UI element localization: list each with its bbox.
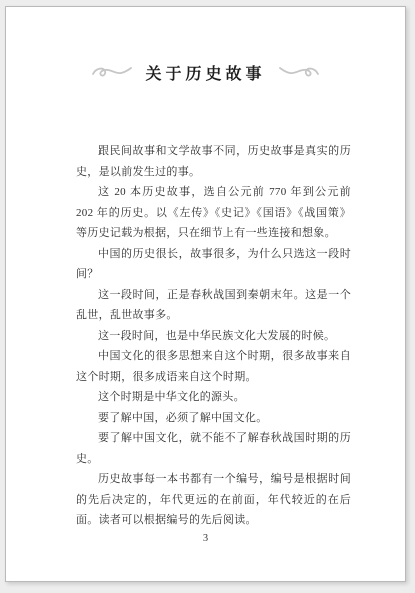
paragraph: 这一段时间，也是中华民族文化大发展的时候。 <box>76 326 351 347</box>
book-page: 关于历史故事 跟民间故事和文学故事不同，历史故事是真实的历史，是以前发生过的事。… <box>5 6 406 582</box>
page-number: 3 <box>6 533 405 544</box>
paragraph: 这 20 本历史故事，选自公元前 770 年到公元前 202 年的历史。以《左传… <box>76 182 351 244</box>
paragraph: 这一段时间，正是春秋战国到秦朝末年。这是一个乱世，乱世故事多。 <box>76 285 351 326</box>
page-body: 跟民间故事和文学故事不同，历史故事是真实的历史，是以前发生过的事。 这 20 本… <box>76 141 351 531</box>
paragraph: 要了解中国文化，就不能不了解春秋战国时期的历史。 <box>76 428 351 469</box>
paragraph: 中国的历史很长，故事很多，为什么只选这一段时间？ <box>76 244 351 285</box>
paragraph: 要了解中国，必须了解中国文化。 <box>76 408 351 429</box>
flourish-left-icon <box>92 65 132 80</box>
paragraph: 这个时期是中华文化的源头。 <box>76 387 351 408</box>
paragraph: 历史故事每一本书都有一个编号，编号是根据时间的先后决定的，年代更远的在前面，年代… <box>76 469 351 531</box>
flourish-right-icon <box>279 65 319 80</box>
page-title: 关于历史故事 <box>145 61 265 84</box>
paragraph: 跟民间故事和文学故事不同，历史故事是真实的历史，是以前发生过的事。 <box>76 141 351 182</box>
paragraph: 中国文化的很多思想来自这个时期，很多故事来自这个时期，很多成语来自这个时期。 <box>76 346 351 387</box>
page-header: 关于历史故事 <box>6 61 405 84</box>
